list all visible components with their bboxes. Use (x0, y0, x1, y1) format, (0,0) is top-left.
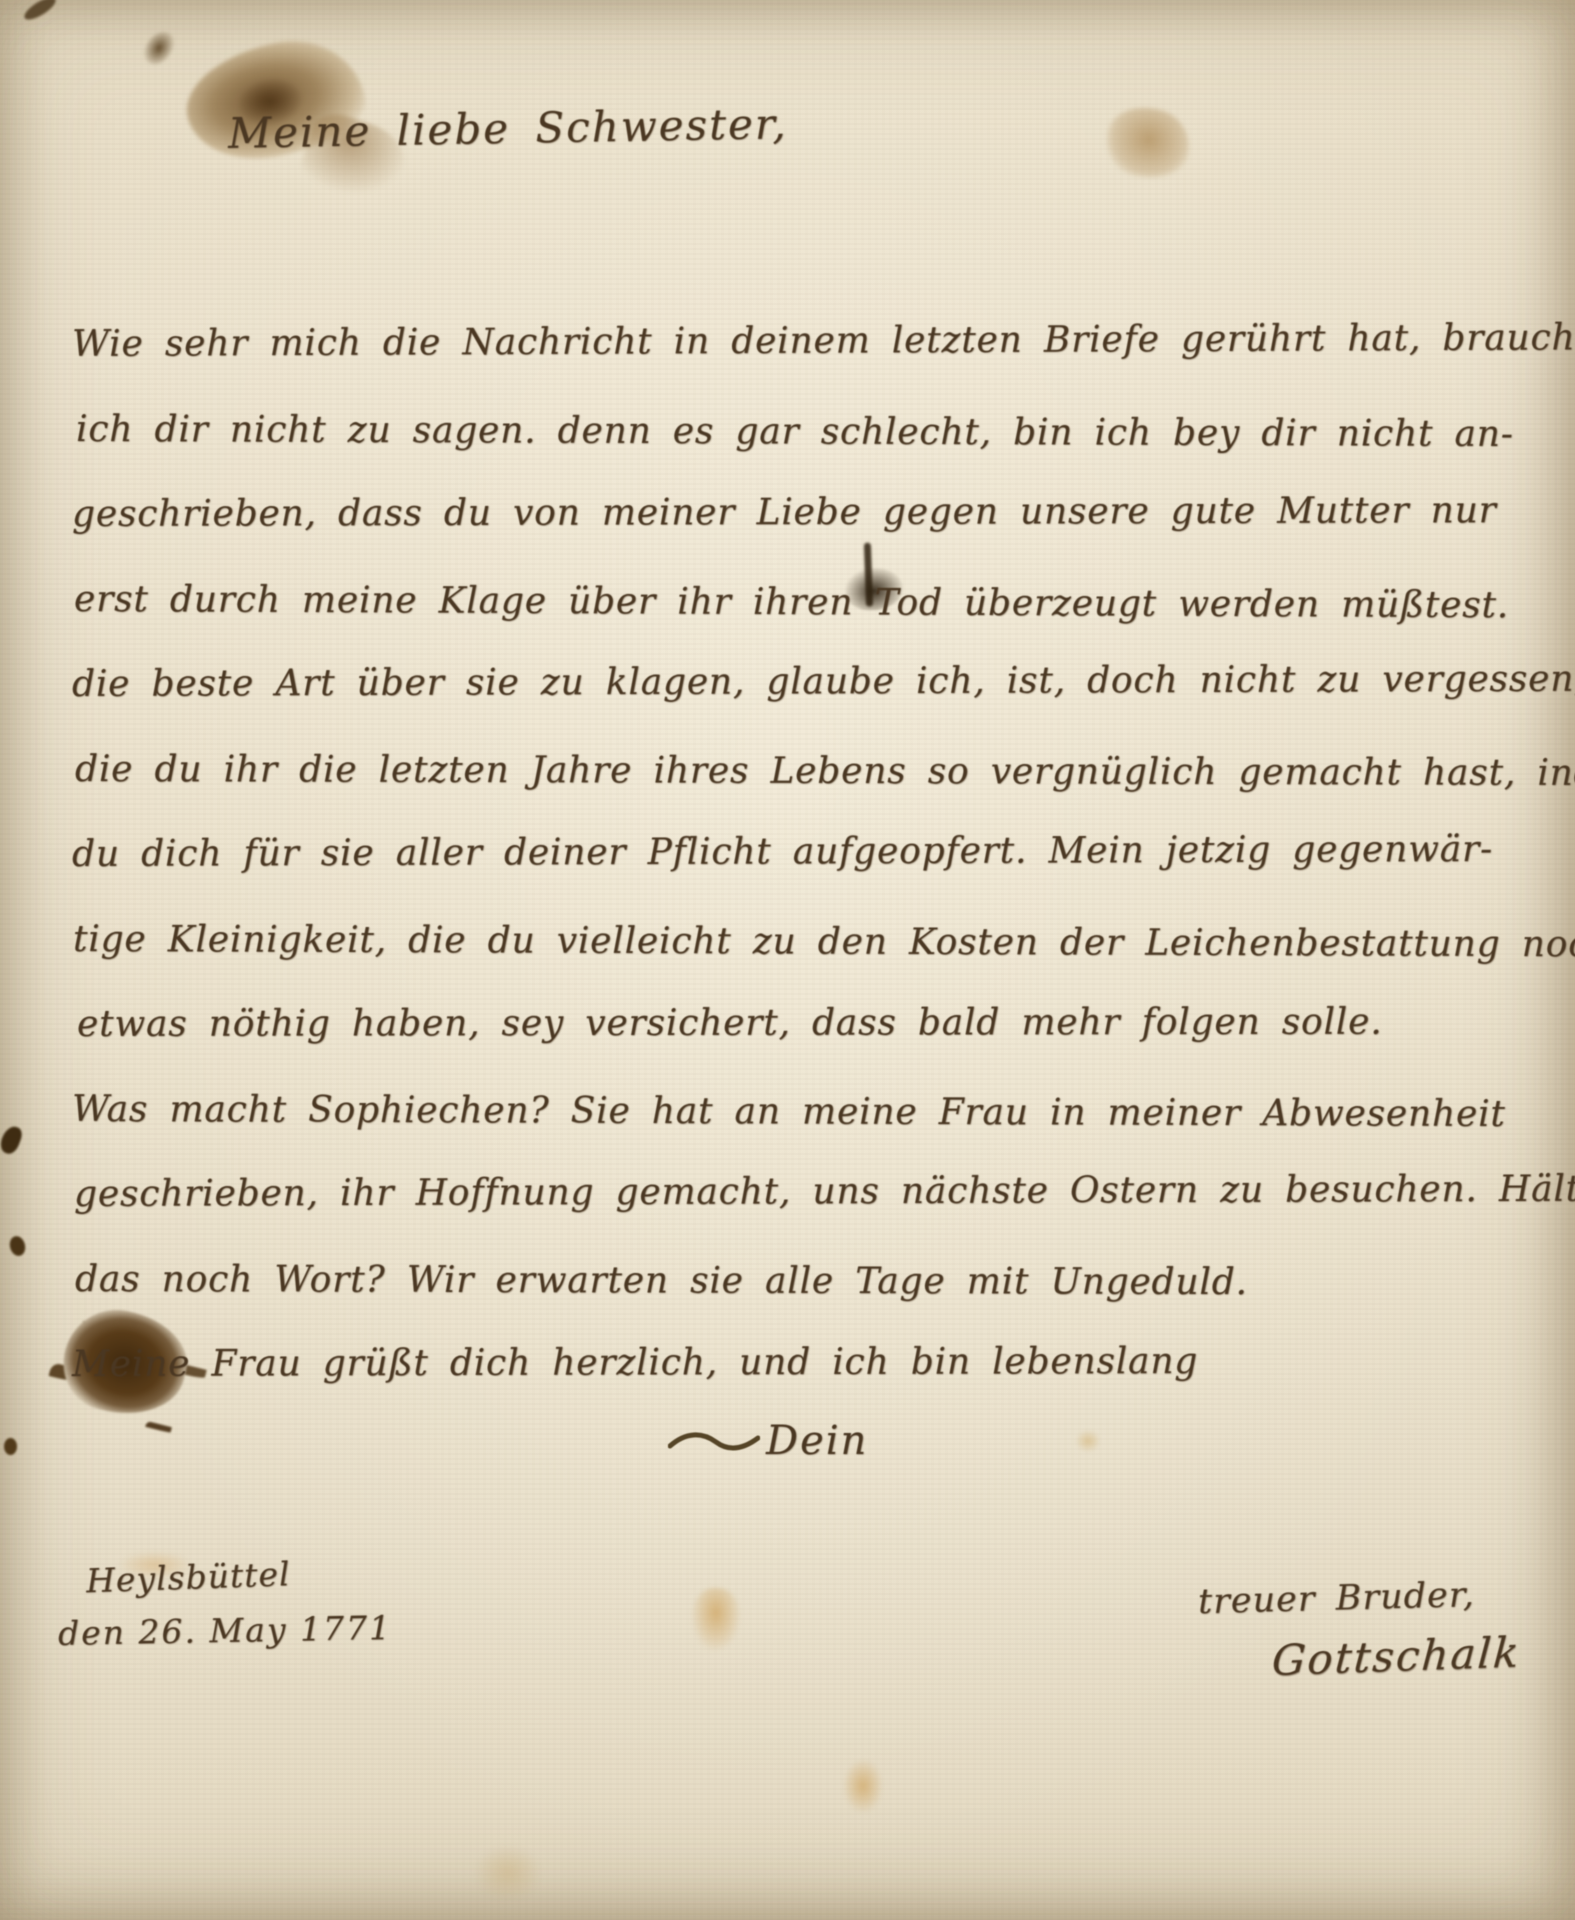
letter-line: Was macht Sophiechen? Sie hat an meine F… (72, 1067, 1532, 1157)
edge-ink-speck (0, 1124, 24, 1156)
letter-line: ich dir nicht zu sagen. denn es gar schl… (76, 387, 1532, 477)
letter-line: etwas nöthig haben, sey versichert, dass… (77, 979, 1532, 1067)
letter-line: du dich für sie aller deiner Pflicht auf… (72, 807, 1532, 897)
letter-line: geschrieben, dass du von meiner Liebe ge… (72, 468, 1532, 557)
letter-line: die beste Art über sie zu klagen, glaube… (72, 637, 1532, 727)
salutation: Meine liebe Schwester, (228, 99, 788, 158)
dateline: Heylsbüttel den 26. May 1771 (58, 1556, 392, 1650)
letter-line: erst durch meine Klage über ihr ihren To… (74, 557, 1532, 648)
signoff-block: treuer Bruder, Gottschalk (1198, 1578, 1521, 1681)
valediction: Dein (668, 1418, 868, 1464)
faint-foxing-stain (692, 1588, 740, 1650)
valediction-flourish (668, 1428, 760, 1454)
letter-line: tige Kleinigkeit, die du vielleicht zu d… (73, 897, 1532, 987)
letter-line: geschrieben, ihr Hoffnung gemacht, uns n… (74, 1147, 1532, 1237)
letter-line: Wie sehr mich die Nachricht in deinem le… (72, 296, 1532, 387)
place-name: Heylsbüttel (85, 1551, 392, 1601)
small-ink-speck (139, 26, 180, 70)
signature: Gottschalk (1270, 1628, 1522, 1686)
faint-foxing-stain (844, 1760, 882, 1812)
stain-top-right (1098, 98, 1197, 187)
edge-ink-speck (4, 1438, 17, 1455)
faint-foxing-stain (1076, 1430, 1100, 1452)
letter-date: den 26. May 1771 (58, 1608, 393, 1653)
letter-body: Wie sehr mich die Nachricht in deinem le… (72, 302, 1532, 1407)
faint-foxing-stain (476, 1846, 540, 1900)
letter-line: die du ihr die letzten Jahre ihres Leben… (75, 727, 1532, 816)
letter-line: Meine Frau grüßt dich herzlich, und ich … (72, 1318, 1532, 1407)
valediction-word: Dein (766, 1418, 868, 1464)
signoff-role: treuer Bruder, (1198, 1574, 1522, 1622)
edge-ink-speck (8, 1234, 28, 1257)
letter-line: das noch Wort? Wir erwarten sie alle Tag… (75, 1237, 1532, 1326)
letter-page: Meine liebe Schwester, Wie sehr mich die… (0, 0, 1575, 1920)
corner-ink-mark (21, 0, 58, 24)
